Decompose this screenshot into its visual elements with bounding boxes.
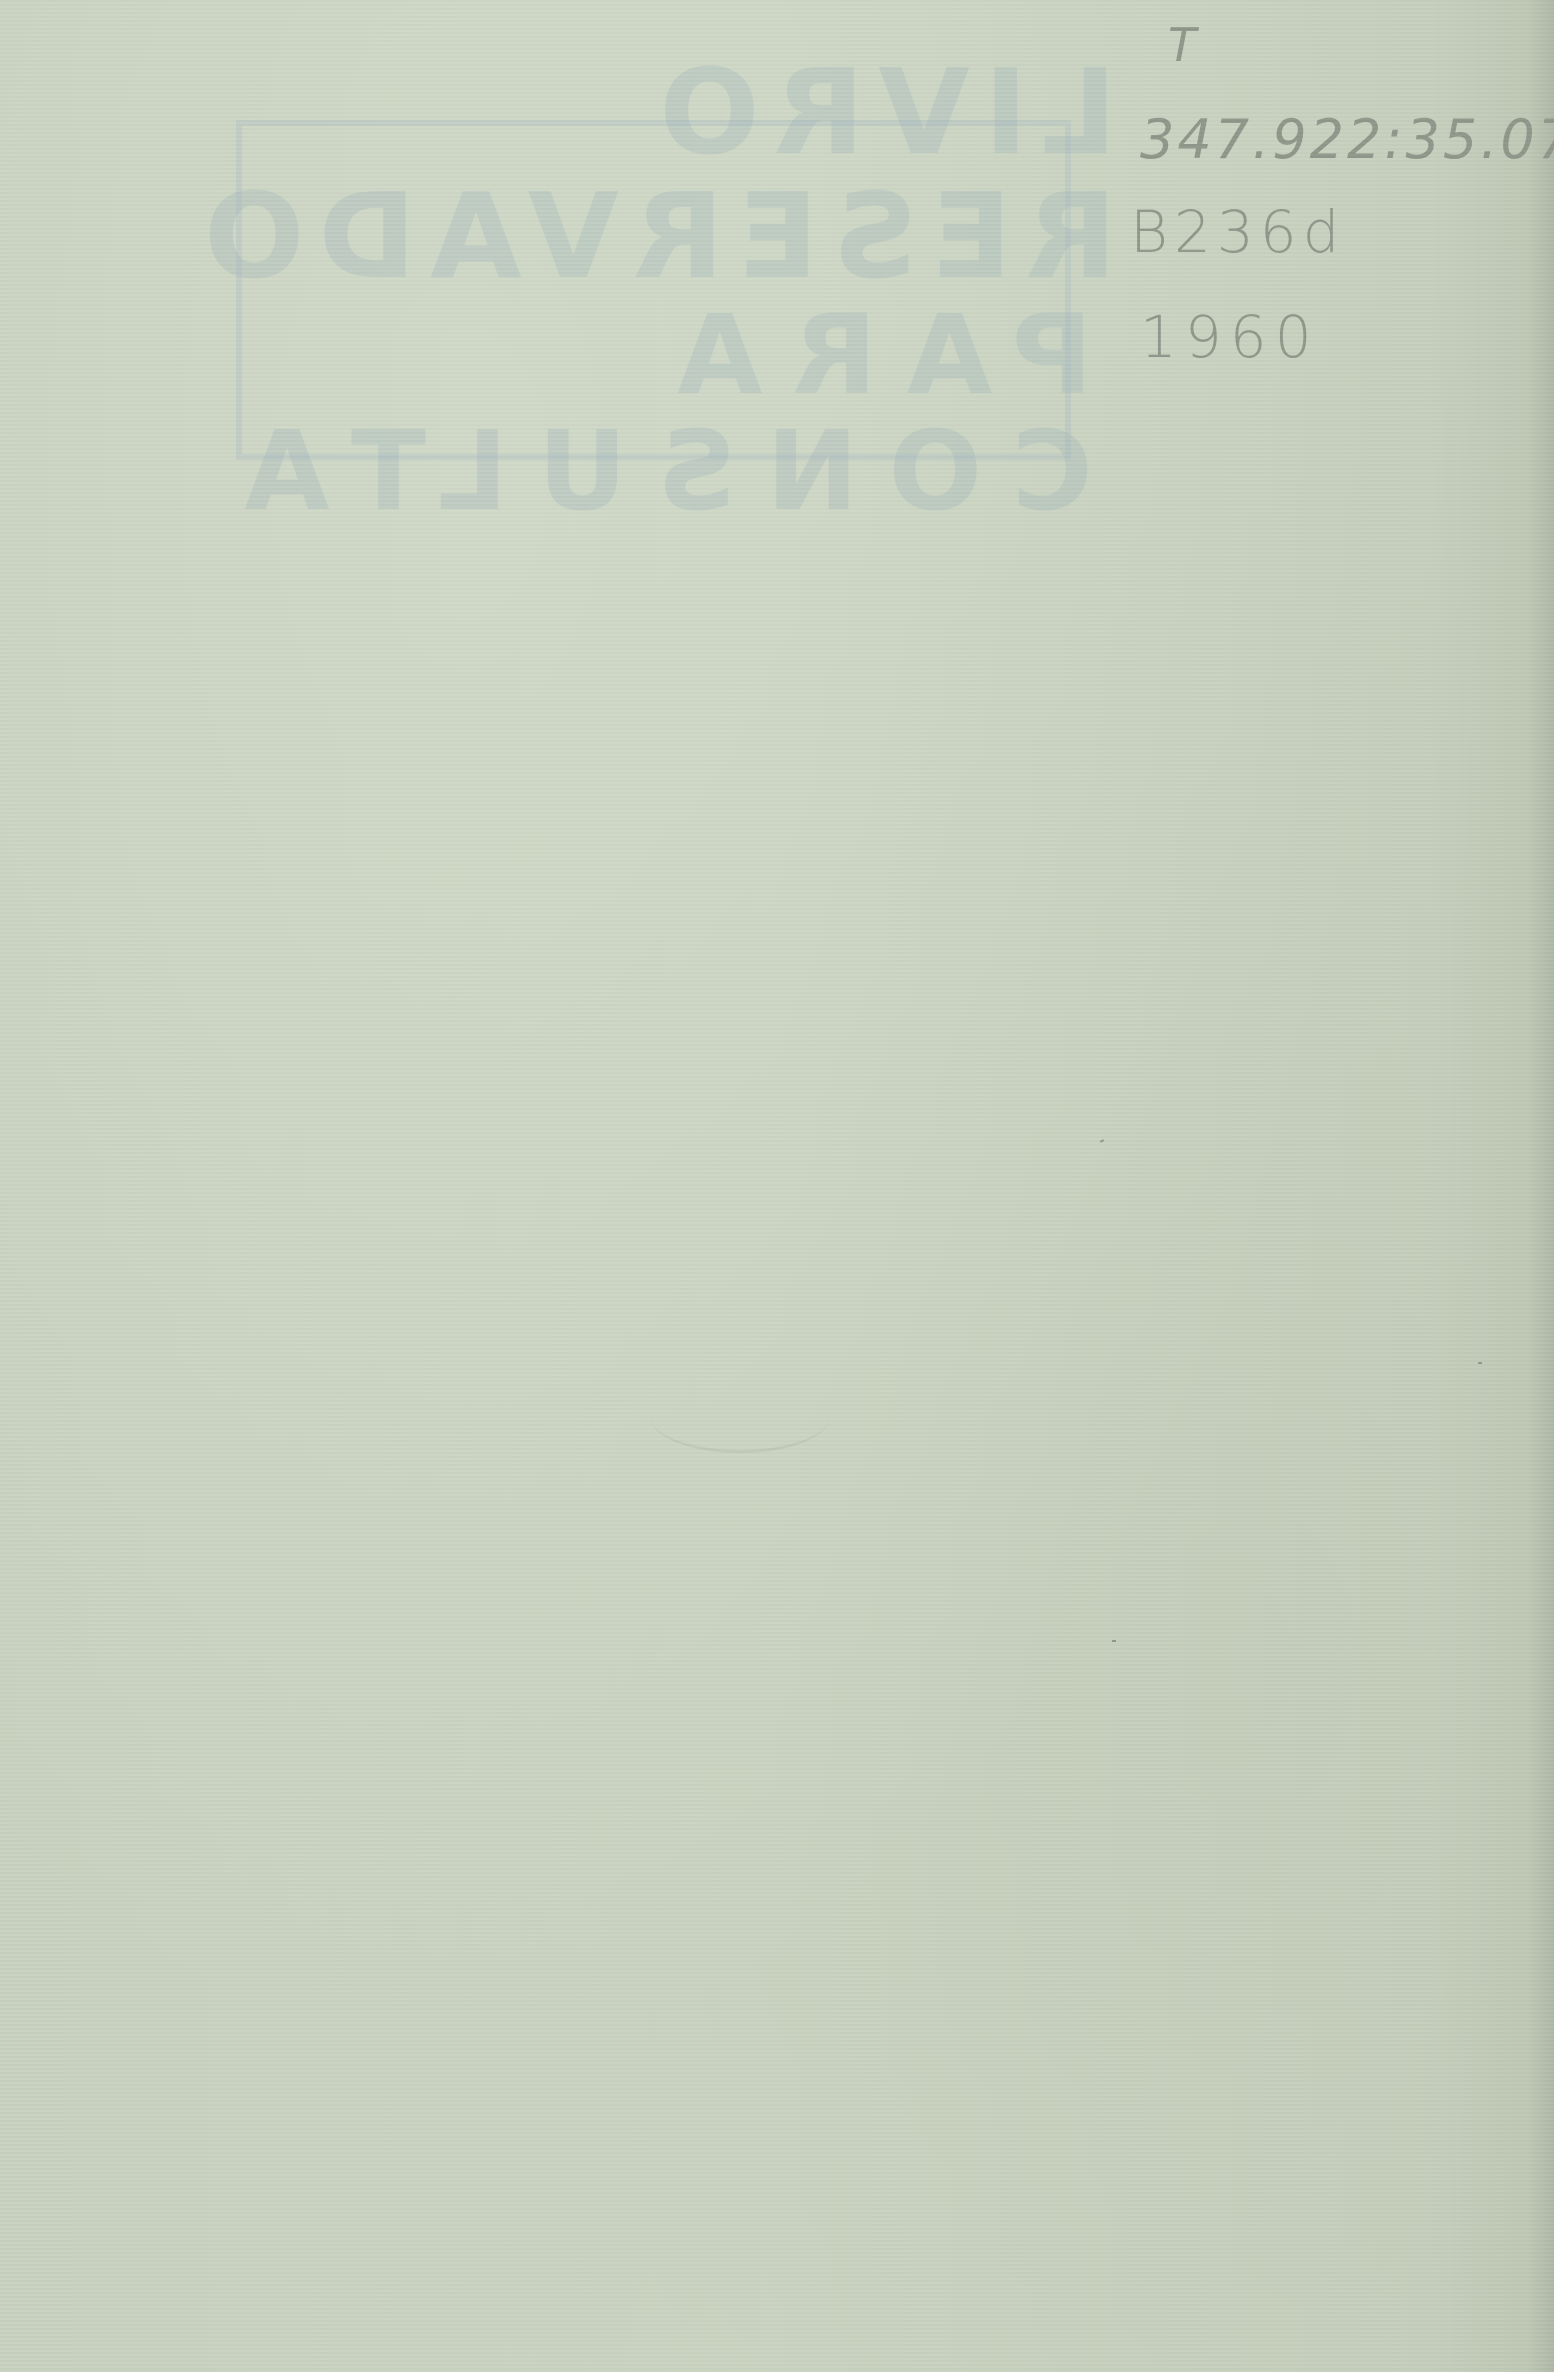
collection-mark: T — [1168, 18, 1196, 72]
paper-speck — [1112, 1640, 1116, 1642]
library-stamp-bleedthrough: LIVRO RESERVADO PARA CONSULTA — [236, 120, 1071, 460]
endpaper-page: LIVRO RESERVADO PARA CONSULTA T 347.922:… — [0, 0, 1554, 2372]
classification-number: 347.922:35.077 — [1140, 108, 1554, 171]
page-edge-shadow — [1528, 0, 1554, 2372]
paper-speck — [1478, 1362, 1482, 1364]
paper-speck — [1100, 1139, 1104, 1143]
publication-year: 1960 — [1140, 303, 1320, 371]
cutter-number: B236d — [1130, 198, 1346, 266]
stamp-line-2: PARA CONSULTA — [214, 298, 1092, 529]
stamp-line-1: LIVRO RESERVADO — [190, 51, 1117, 299]
paper-crease — [650, 1380, 830, 1453]
